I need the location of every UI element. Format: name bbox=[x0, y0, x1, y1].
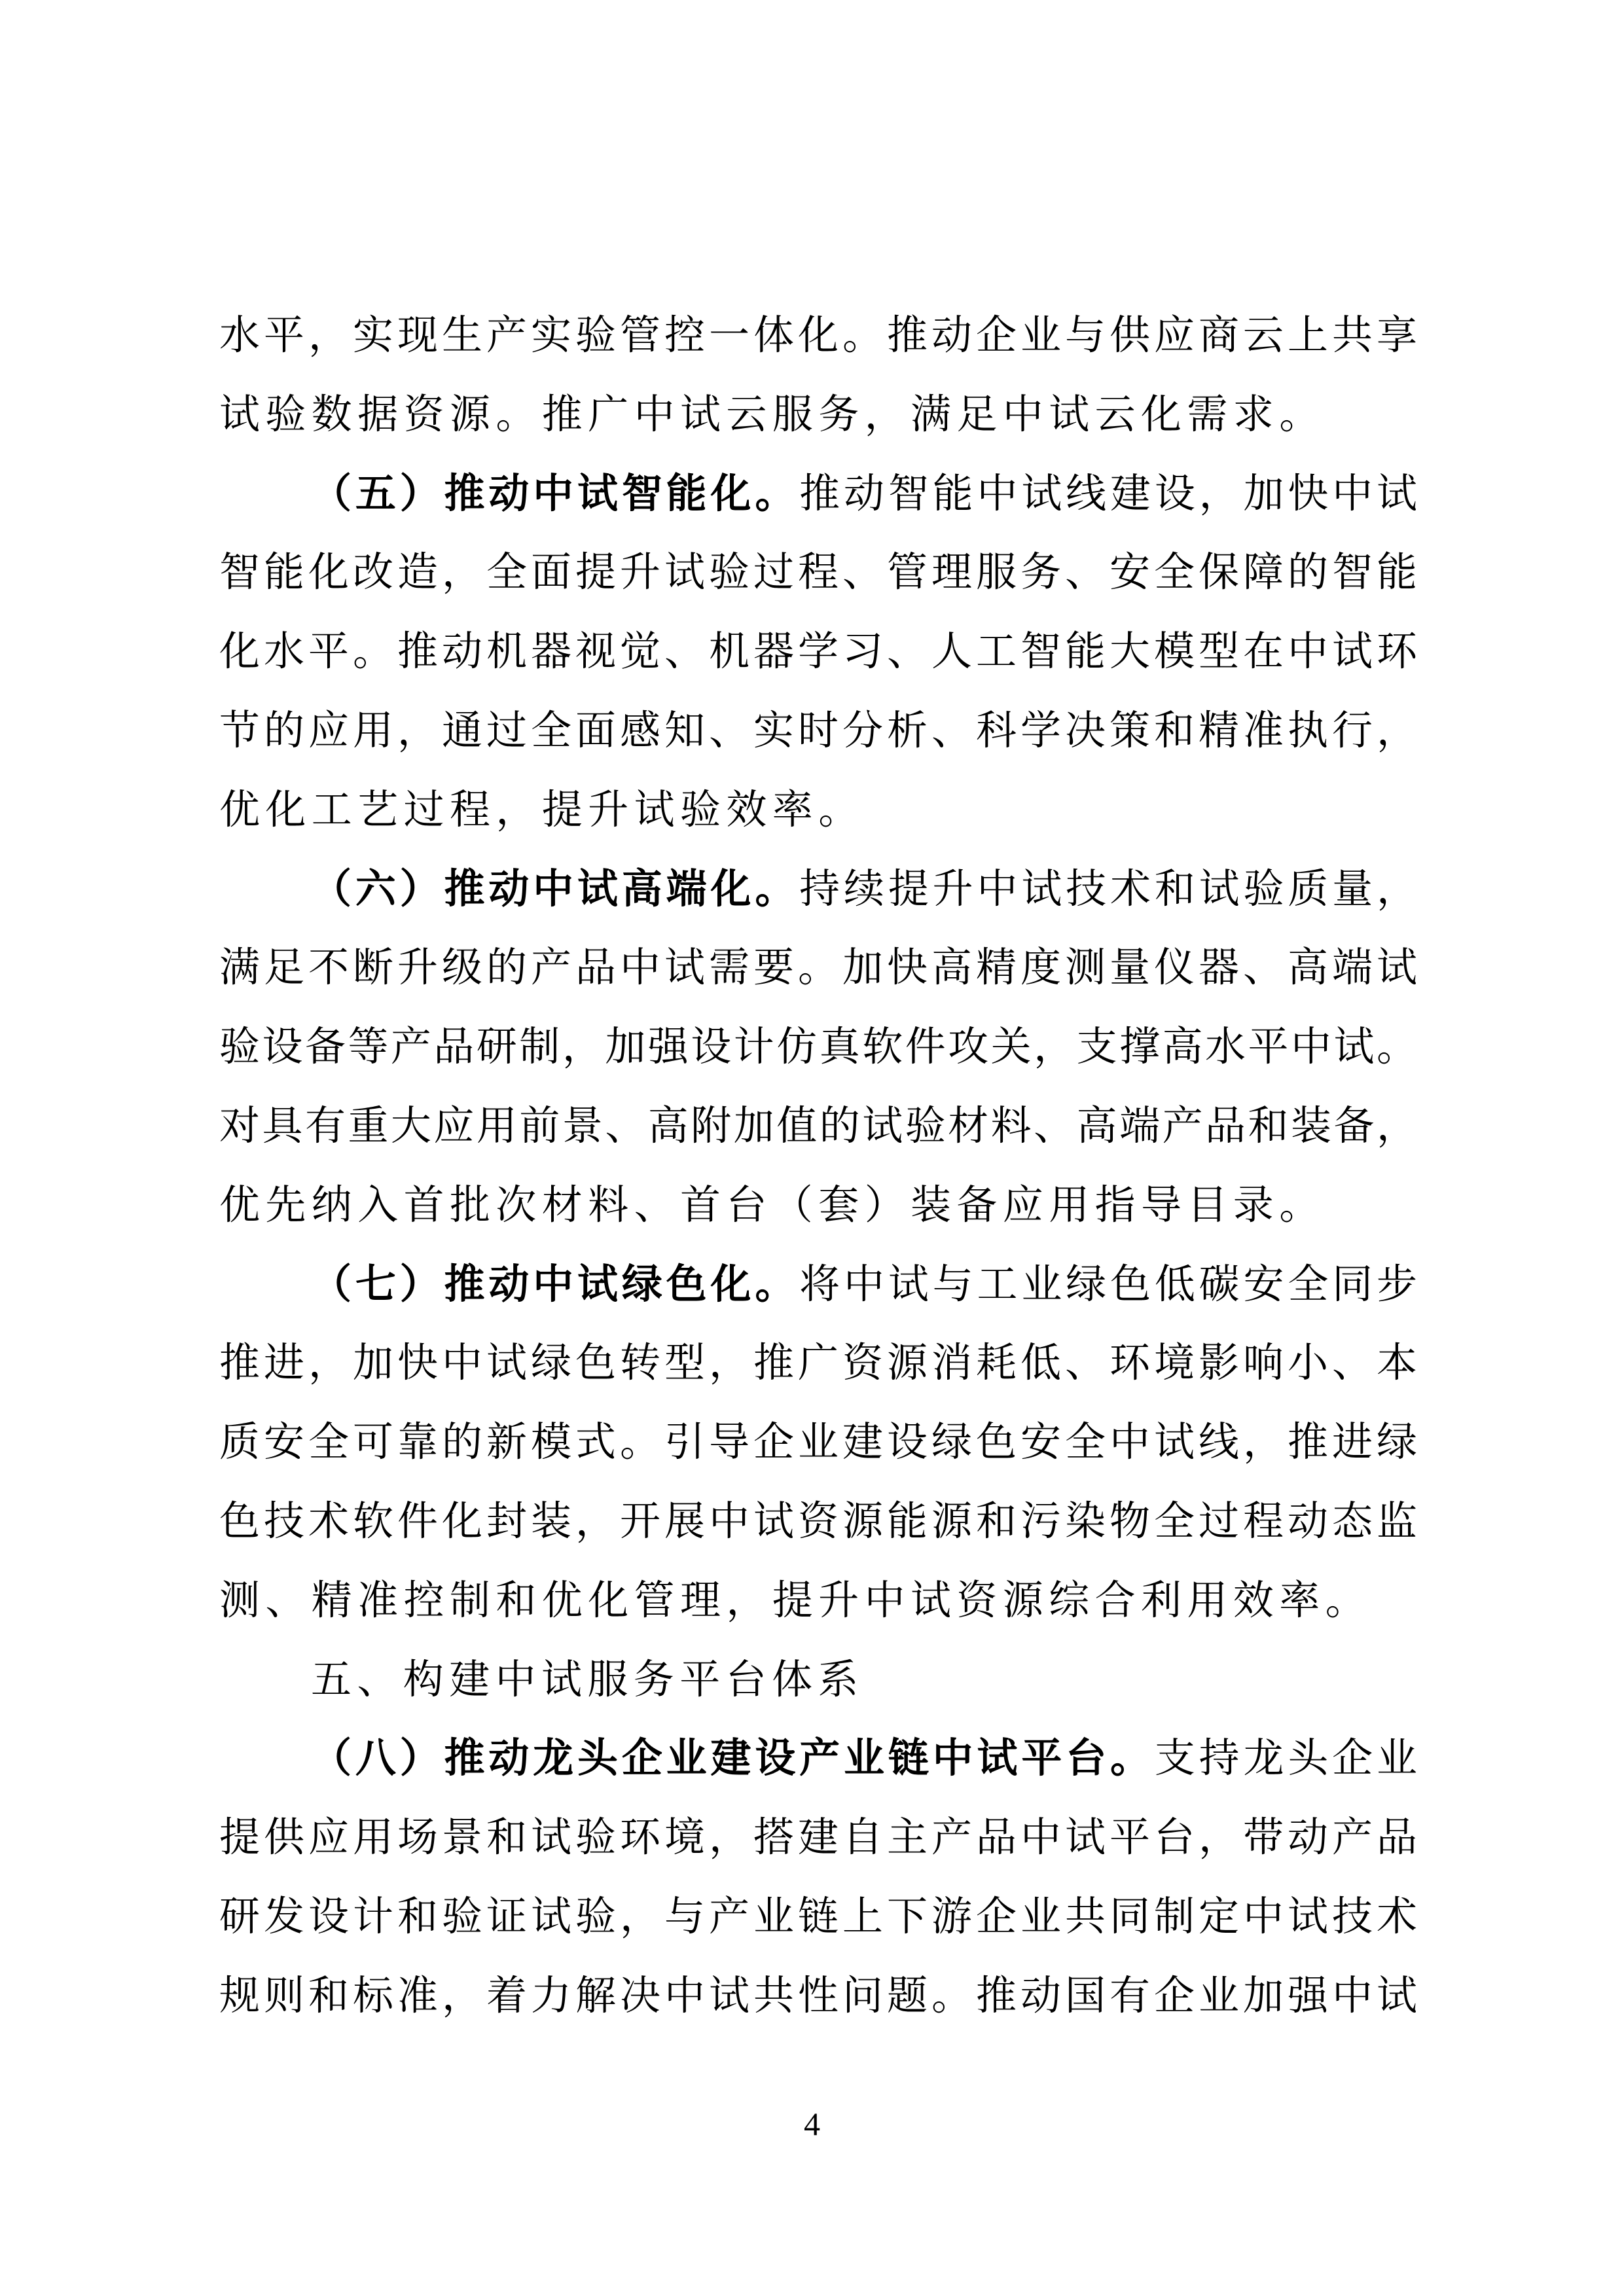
text-line: 化水平。推动机器视觉、机器学习、人工智能大模型在中试环 bbox=[219, 612, 1417, 691]
text-line: 测、精准控制和优化管理，提升中试资源综合利用效率。 bbox=[219, 1561, 1417, 1640]
paragraph-6-text: 持续提升中试技术和试验质量， bbox=[799, 865, 1417, 912]
paragraph-7-text: 将中试与工业绿色低碳安全同步 bbox=[799, 1260, 1417, 1308]
paragraph-8-lead: （八）推动龙头企业建设产业链中试平台。 bbox=[311, 1734, 1155, 1782]
paragraph-6-first-line: （六）推动中试高端化。持续提升中试技术和试验质量， bbox=[219, 850, 1417, 929]
text-line: 节的应用，通过全面感知、实时分析、科学决策和精准执行， bbox=[219, 691, 1417, 770]
text-line: 验设备等产品研制，加强设计仿真软件攻关，支撑高水平中试。 bbox=[219, 1007, 1417, 1086]
text-line: 水平，实现生产实验管控一体化。推动企业与供应商云上共享 bbox=[219, 296, 1417, 375]
text-line: 试验数据资源。推广中试云服务，满足中试云化需求。 bbox=[219, 375, 1417, 454]
body-text: 水平，实现生产实验管控一体化。推动企业与供应商云上共享 试验数据资源。推广中试云… bbox=[219, 296, 1417, 2036]
text-line: 色技术软件化封装，开展中试资源能源和污染物全过程动态监 bbox=[219, 1482, 1417, 1561]
text-line: 优先纳入首批次材料、首台（套）装备应用指导目录。 bbox=[219, 1166, 1417, 1245]
text-line: 质安全可靠的新模式。引导企业建设绿色安全中试线，推进绿 bbox=[219, 1403, 1417, 1482]
document-page: 水平，实现生产实验管控一体化。推动企业与供应商云上共享 试验数据资源。推广中试云… bbox=[0, 0, 1624, 2296]
paragraph-7-lead: （七）推动中试绿色化。 bbox=[311, 1260, 799, 1308]
paragraph-8-text: 支持龙头企业 bbox=[1155, 1734, 1417, 1782]
paragraph-6-lead: （六）推动中试高端化。 bbox=[311, 865, 799, 912]
section-heading: 五、构建中试服务平台体系 bbox=[219, 1640, 1417, 1719]
paragraph-5-text: 推动智能中试线建设，加快中试 bbox=[799, 469, 1417, 517]
text-line: 规则和标准，着力解决中试共性问题。推动国有企业加强中试 bbox=[219, 1956, 1417, 2036]
paragraph-5-lead: （五）推动中试智能化。 bbox=[311, 469, 799, 517]
text-line: 满足不断升级的产品中试需要。加快高精度测量仪器、高端试 bbox=[219, 928, 1417, 1007]
text-line: 智能化改造，全面提升试验过程、管理服务、安全保障的智能 bbox=[219, 533, 1417, 612]
text-line: 提供应用场景和试验环境，搭建自主产品中试平台，带动产品 bbox=[219, 1798, 1417, 1877]
paragraph-5-first-line: （五）推动中试智能化。推动智能中试线建设，加快中试 bbox=[219, 454, 1417, 533]
page-number: 4 bbox=[0, 2104, 1624, 2144]
paragraph-7-first-line: （七）推动中试绿色化。将中试与工业绿色低碳安全同步 bbox=[219, 1245, 1417, 1324]
text-line: 推进，加快中试绿色转型，推广资源消耗低、环境影响小、本 bbox=[219, 1323, 1417, 1403]
text-line: 优化工艺过程，提升试验效率。 bbox=[219, 770, 1417, 850]
text-line: 研发设计和验证试验，与产业链上下游企业共同制定中试技术 bbox=[219, 1877, 1417, 1956]
text-line: 对具有重大应用前景、高附加值的试验材料、高端产品和装备， bbox=[219, 1086, 1417, 1166]
paragraph-8-first-line: （八）推动龙头企业建设产业链中试平台。支持龙头企业 bbox=[219, 1719, 1417, 1798]
